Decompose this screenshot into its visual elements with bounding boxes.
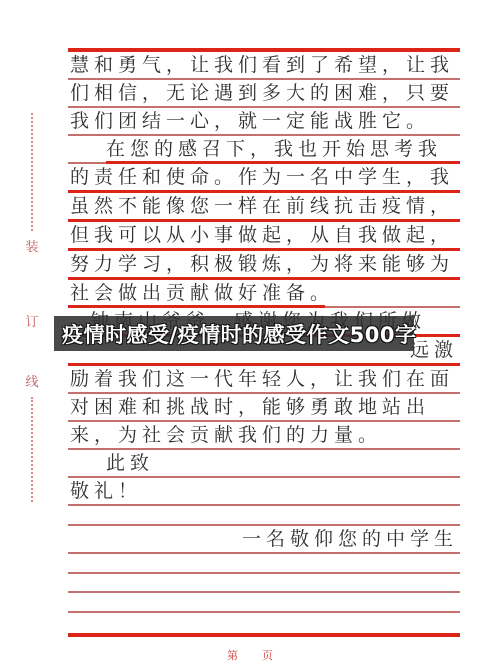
text-row: 努力学习，积极锻炼，为将来能够为 <box>68 251 460 280</box>
handwritten-line: 们相信，无论遇到多大的困难，只要 <box>68 80 460 106</box>
binding-dotted-line-top <box>31 113 33 231</box>
text-row: 来，为社会贡献我们的力量。 <box>68 422 460 450</box>
text-row: 此致 <box>68 450 460 478</box>
handwritten-line-closing-jingli: 敬礼！ <box>68 478 460 504</box>
text-row: 一名敬仰您的中学生 <box>68 526 460 554</box>
text-row: 我们团结一心，就一定能战胜它。 <box>68 108 460 136</box>
handwritten-line: 的责任和使命。作为一名中学生，我 <box>68 164 460 190</box>
handwritten-line: 努力学习，积极锻炼，为将来能够为 <box>68 251 460 277</box>
page-number-prefix: 第 <box>227 647 238 663</box>
handwritten-line: 但我可以从小事做起，从自我做起， <box>68 222 460 248</box>
text-row: 们相信，无论遇到多大的困难，只要 <box>68 80 460 108</box>
handwritten-line-signature: 一名敬仰您的中学生 <box>68 526 460 552</box>
binding-label-zhuang: 装 <box>25 241 39 254</box>
text-row: 但我可以从小事做起，从自我做起， <box>68 222 460 251</box>
handwritten-line: 来，为社会贡献我们的力量。 <box>68 422 460 448</box>
red-underline <box>106 161 460 164</box>
page-number-suffix: 页 <box>262 647 273 663</box>
text-row: 社会做出贡献做好准备。 <box>68 280 460 308</box>
binding-dotted-line-bottom <box>31 397 33 502</box>
empty-row <box>68 574 460 594</box>
letter-page: 装 订 线 慧和勇气，让我们看到了希望，让我 们相信，无论遇到多大的困难，只要 … <box>0 0 500 668</box>
red-underline <box>68 305 325 308</box>
handwritten-line: 虽然不能像您一样在前线抗击疫情， <box>68 193 460 219</box>
handwritten-line: 我们团结一心，就一定能战胜它。 <box>68 108 460 134</box>
text-row: 敬礼！ <box>68 478 460 506</box>
text-row: 在您的感召下，我也开始思考我 <box>68 136 460 164</box>
empty-row <box>68 554 460 574</box>
text-row: 的责任和使命。作为一名中学生，我 <box>68 164 460 193</box>
handwritten-line: 慧和勇气，让我们看到了希望，让我 <box>68 52 460 78</box>
empty-row <box>68 613 460 633</box>
binding-label-ding: 订 <box>25 316 39 329</box>
text-row: 对困难和挑战时，能够勇敢地站出 <box>68 394 460 422</box>
text-row: 虽然不能像您一样在前线抗击疫情， <box>68 193 460 222</box>
article-title: 疫情时感受/疫情时的感受作文500字 <box>62 319 417 349</box>
title-banner: 疫情时感受/疫情时的感受作文500字 <box>54 316 414 351</box>
handwritten-line: 励着我们这一代年轻人，让我们在面 <box>68 366 460 392</box>
handwritten-line-closing-cizhi: 此致 <box>68 450 460 476</box>
handwritten-line: 在您的感召下，我也开始思考我 <box>68 136 460 162</box>
text-row: 慧和勇气，让我们看到了希望，让我 <box>68 52 460 80</box>
empty-row <box>68 506 460 526</box>
empty-row <box>68 593 460 613</box>
page-footer: 第 页 <box>0 647 500 663</box>
handwritten-line: 对困难和挑战时，能够勇敢地站出 <box>68 394 460 420</box>
text-row: 励着我们这一代年轻人，让我们在面 <box>68 366 460 394</box>
binding-label-xian: 线 <box>25 376 39 389</box>
handwritten-line: 社会做出贡献做好准备。 <box>68 280 460 306</box>
